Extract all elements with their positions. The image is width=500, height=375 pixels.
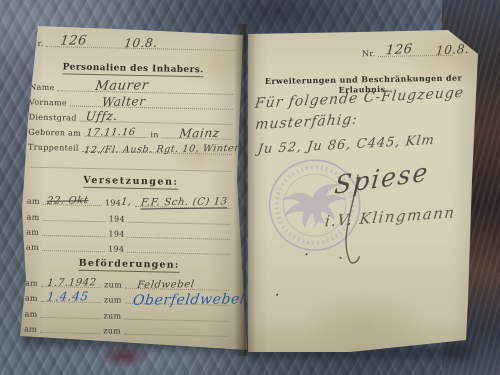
am-label: am [27,197,40,206]
name-label: Name [29,83,54,93]
nr-line: 126 10.8. [378,46,453,57]
nr-value2-handwritten: 10.8. [124,36,159,50]
empty-line [40,323,100,334]
empty-line [128,213,231,225]
am-label: am [25,294,38,303]
empty-line [42,226,105,237]
nr-line: 126 10.8. [47,37,235,51]
empty-line [40,308,100,319]
paper-speck [340,257,342,259]
photo-of-open-booklet: 2. Nr. 126 10.8. Personalien des Inhaber… [0,0,500,375]
am-label: am [26,228,39,237]
befoerderung-date-line: 1.7.1942 [41,277,101,288]
befoerderung-rank-handwritten-blue: Oberfeldwebel [132,291,246,309]
zum-label: zum [103,326,121,335]
dienstgrad-line: Uffz. [80,112,233,125]
befoerderung-date-line: 1.4.45 [41,292,101,303]
befoerderung-rank-line: Oberfeldwebel [125,294,229,306]
versetzung-date-line: 22. Okt [43,195,102,206]
luftwaffe-eagle-stamp [256,146,374,264]
year-printed: 194 [108,229,124,238]
page-number: 2. [32,27,38,34]
am-label: am [26,243,39,252]
handwriting-line2: musterfähig: [254,112,359,134]
nr-value-handwritten: 126 [386,42,414,58]
year-printed: 194 [109,214,125,223]
book-spine-gutter [234,24,256,356]
befoerderung-date-handwritten-blue: 1.4.45 [46,289,90,304]
zum-label: zum [104,295,122,304]
am-label: am [24,310,37,319]
geboren-line: 17.11.16 [84,127,148,138]
empty-line [124,325,228,337]
name-line: Maurer [58,81,234,95]
dienstgrad-value-handwritten: Uffz. [85,109,119,123]
empty-line [127,243,230,255]
am-label: am [26,213,39,222]
right-page: Nr. 126 10.8. Erweiterungen und Beschrän… [244,26,484,358]
empty-line [124,310,228,322]
section-title-befoerderungen: Beförderungen: [52,257,207,271]
truppenteil-label: Truppenteil [28,143,79,153]
year-printed: 194 [105,198,121,207]
befoerderung-rank-line: Feldwebel [125,279,229,291]
vorname-line: Walter [70,97,233,110]
in-label: in [150,130,158,139]
zum-label: zum [103,311,121,320]
nr-label: Nr. [30,39,44,48]
geburtsort-line: Mainz [162,128,233,139]
blank-line [31,158,232,172]
empty-line [42,211,105,222]
dienstgrad-label: Dienstgrad [29,113,77,123]
name-value-handwritten: Maurer [95,78,150,94]
versetzung-date-handwritten: 22. Okt [46,195,89,207]
section-title-versetzungen: Versetzungen: [53,174,208,188]
empty-line [127,228,230,240]
zum-label: zum [104,280,122,289]
vorname-label: Vorname [29,98,67,108]
nr-value2-handwritten: 10.8. [436,42,471,58]
truppenteil-line: 12./Fl. Ausb. Rgt. 10, Winterkomp. [82,142,232,155]
geburtsort-handwritten: Mainz [179,126,221,141]
geboren-label: Geboren am [28,128,81,138]
versetzung-entry-line: F.F. Sch. (C) 13 [135,197,231,209]
nr-label: Nr. [362,49,376,58]
paper-speck [305,253,307,255]
left-page: 2. Nr. 126 10.8. Personalien des Inhaber… [16,24,249,356]
paper-speck [276,294,278,296]
year-suffix-handwritten: 1, [120,197,132,208]
am-label: am [25,279,38,288]
section-title-personalien: Personalien des Inhabers. [46,62,221,76]
year-printed: 194 [108,244,124,253]
geburtsdatum-handwritten: 17.11.16 [85,127,136,139]
befoerderung-rank-handwritten: Feldwebel [136,279,195,291]
befoerderung-date-handwritten: 1.7.1942 [46,277,97,289]
am-label: am [24,325,37,334]
empty-line [42,241,105,252]
versetzung-entry-handwritten: F.F. Sch. (C) 13 [140,196,228,209]
vorname-value-handwritten: Walter [101,94,146,109]
nr-value-handwritten: 126 [60,33,89,48]
